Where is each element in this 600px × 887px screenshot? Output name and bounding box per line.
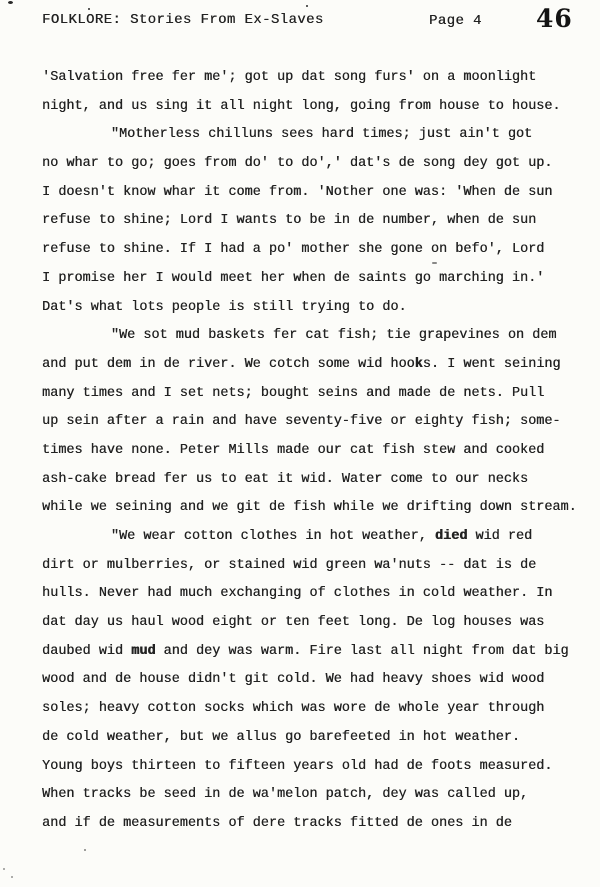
text-line: I doesn't know whar it come from. 'Nothe… xyxy=(42,179,586,208)
text-segment: I promise her I would meet her when de s… xyxy=(42,271,544,286)
document-body: 'Salvation free fer me'; got up dat song… xyxy=(42,64,586,839)
text-line: dat day us haul wood eight or ten feet l… xyxy=(42,609,586,638)
text-line: daubed wid mud and dey was warm. Fire la… xyxy=(42,638,586,667)
scan-speck xyxy=(88,8,90,10)
text-segment: 'Salvation free fer me'; got up dat song… xyxy=(42,70,536,85)
text-line: and if de measurements of dere tracks fi… xyxy=(42,810,586,839)
document-title: FOLKLORE: Stories From Ex-Slaves xyxy=(42,12,324,28)
scan-speck xyxy=(3,868,5,870)
text-segment: hulls. Never had much exchanging of clot… xyxy=(42,586,552,601)
scan-speck xyxy=(11,876,13,878)
text-line: ash-cake bread fer us to eat it wid. Wat… xyxy=(42,466,586,495)
text-segment: When tracks be seed in de wa'melon patch… xyxy=(42,787,528,802)
text-line: refuse to shine. If I had a po' mother s… xyxy=(42,236,586,265)
text-segment: and dey was warm. Fire last all night fr… xyxy=(155,644,568,659)
text-segment: while we seining and we git de fish whil… xyxy=(42,500,577,515)
text-segment: refuse to shine; Lord I wants to be in d… xyxy=(42,213,536,228)
text-segment: de cold weather, but we allus go barefee… xyxy=(42,730,520,745)
text-line: "We sot mud baskets fer cat fish; tie gr… xyxy=(42,322,586,351)
text-segment: daubed wid xyxy=(42,644,131,659)
scan-speck xyxy=(306,5,308,7)
text-line: soles; heavy cotton socks which was wore… xyxy=(42,695,586,724)
text-line: de cold weather, but we allus go barefee… xyxy=(42,724,586,753)
text-line: dirt or mulberries, or stained wid green… xyxy=(42,552,586,581)
text-segment: wood and de house didn't git cold. We ha… xyxy=(42,672,544,687)
text-segment: Dat's what lots people is still trying t… xyxy=(42,300,407,315)
text-segment: wid red xyxy=(467,529,532,544)
text-segment: "We wear cotton clothes in hot weather, xyxy=(111,529,435,544)
text-line: "Motherless chilluns sees hard times; ju… xyxy=(42,121,586,150)
text-segment: Young boys thirteen to fifteen years old… xyxy=(42,759,552,774)
text-line: hulls. Never had much exchanging of clot… xyxy=(42,580,586,609)
scan-speck xyxy=(432,262,437,264)
text-line: times have none. Peter Mills made our ca… xyxy=(42,437,586,466)
text-line: and put dem in de river. We cotch some w… xyxy=(42,351,586,380)
scan-speck xyxy=(84,849,86,851)
text-line: wood and de house didn't git cold. We ha… xyxy=(42,666,586,695)
text-line: Young boys thirteen to fifteen years old… xyxy=(42,753,586,782)
text-segment: "Motherless chilluns sees hard times; ju… xyxy=(111,127,532,142)
text-segment: "We sot mud baskets fer cat fish; tie gr… xyxy=(111,328,557,343)
text-line: When tracks be seed in de wa'melon patch… xyxy=(42,781,586,810)
text-segment: dirt or mulberries, or stained wid green… xyxy=(42,558,536,573)
text-line: Dat's what lots people is still trying t… xyxy=(42,294,586,323)
overstruck-text: died xyxy=(435,529,467,544)
text-line: night, and us sing it all night long, go… xyxy=(42,93,586,122)
text-segment: no whar to go; goes from do' to do',' da… xyxy=(42,156,552,171)
text-segment: dat day us haul wood eight or ten feet l… xyxy=(42,615,544,630)
text-line: up sein after a rain and have seventy-fi… xyxy=(42,408,586,437)
text-line: refuse to shine; Lord I wants to be in d… xyxy=(42,207,586,236)
text-segment: soles; heavy cotton socks which was wore… xyxy=(42,701,544,716)
text-line: while we seining and we git de fish whil… xyxy=(42,494,586,523)
scanned-document-page: FOLKLORE: Stories From Ex-Slaves Page 4 … xyxy=(0,0,600,887)
text-line: I promise her I would meet her when de s… xyxy=(42,265,586,294)
text-segment: many times and I set nets; bought seins … xyxy=(42,386,544,401)
text-segment: ash-cake bread fer us to eat it wid. Wat… xyxy=(42,472,528,487)
folio-number: 46 xyxy=(536,4,573,33)
text-segment: night, and us sing it all night long, go… xyxy=(42,99,560,114)
text-segment: I doesn't know whar it come from. 'Nothe… xyxy=(42,185,552,200)
text-line: no whar to go; goes from do' to do',' da… xyxy=(42,150,586,179)
text-segment: up sein after a rain and have seventy-fi… xyxy=(42,414,560,429)
text-segment: refuse to shine. If I had a po' mother s… xyxy=(42,242,544,257)
text-segment: times have none. Peter Mills made our ca… xyxy=(42,443,544,458)
page-number-label: Page 4 xyxy=(429,13,482,29)
text-segment: s. I went seining xyxy=(423,357,561,372)
text-line: 'Salvation free fer me'; got up dat song… xyxy=(42,64,586,93)
text-line: "We wear cotton clothes in hot weather, … xyxy=(42,523,586,552)
scan-speck xyxy=(8,1,13,4)
text-segment: and put dem in de river. We cotch some w… xyxy=(42,357,415,372)
text-segment: and if de measurements of dere tracks fi… xyxy=(42,816,512,831)
overstruck-text: mud xyxy=(131,644,155,659)
overstruck-text: k xyxy=(415,357,423,372)
text-line: many times and I set nets; bought seins … xyxy=(42,380,586,409)
